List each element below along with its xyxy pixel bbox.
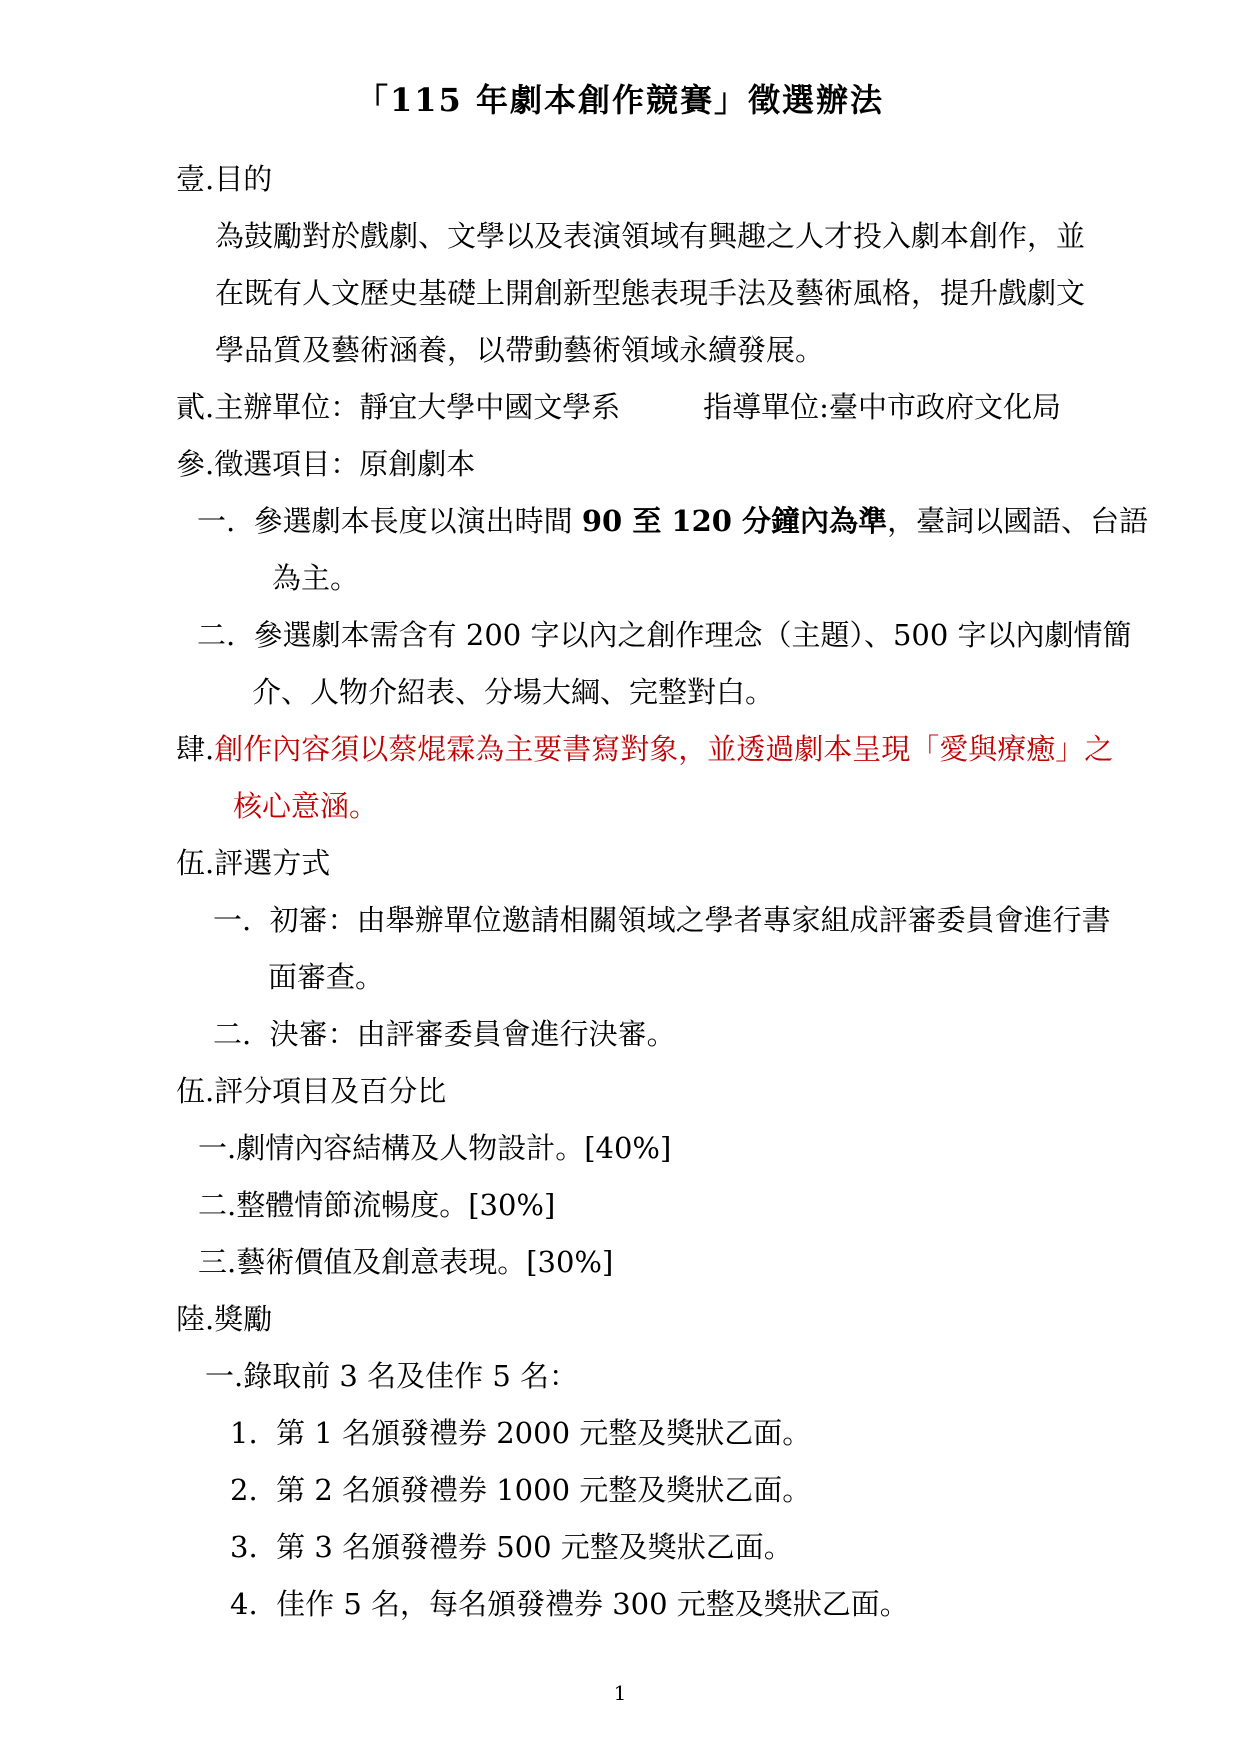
text-segment: 在既有人文歷史基礎上開創新型態表現手法及藝術風格，提升戲劇文 bbox=[215, 276, 1085, 310]
document-line: 一. 參選劇本長度以演出時間 90 至 120 分鐘內為準，臺詞以國語、台語 bbox=[197, 493, 1240, 550]
document-content: 「115 年劇本創作競賽」徵選辦法 壹.目的為鼓勵對於戲劇、文學以及表演領域有興… bbox=[0, 72, 1240, 1633]
text-segment: 一. 參選劇本長度以演出時間 bbox=[197, 504, 582, 538]
document-line: 三.藝術價值及創意表現。[30%] bbox=[198, 1234, 1240, 1291]
text-segment: 二. 決審：由評審委員會進行決審。 bbox=[213, 1017, 676, 1051]
document-line: 4. 佳作 5 名，每名頒發禮券 300 元整及獎狀乙面。 bbox=[230, 1576, 1240, 1633]
text-segment: 參.徵選項目：原創劇本 bbox=[176, 447, 475, 481]
text-segment: 貳.主辦單位：靜宜大學中國文學系 指導單位:臺中市政府文化局 bbox=[176, 390, 1061, 424]
document-line: 1. 第 1 名頒發禮券 2000 元整及獎狀乙面。 bbox=[230, 1405, 1240, 1462]
text-segment: 二. 參選劇本需含有 200 字以內之創作理念（主題）、500 字以內劇情簡 bbox=[197, 618, 1132, 652]
text-segment: 為主。 bbox=[272, 561, 359, 595]
text-segment: 1. 第 1 名頒發禮券 2000 元整及獎狀乙面。 bbox=[230, 1416, 811, 1450]
document-line: 為主。 bbox=[272, 550, 1240, 607]
text-segment: 學品質及藝術涵養，以帶動藝術領域永續發展。 bbox=[215, 333, 824, 367]
text-segment: 2. 第 2 名頒發禮券 1000 元整及獎狀乙面。 bbox=[230, 1473, 811, 1507]
document-line: 參.徵選項目：原創劇本 bbox=[176, 436, 1240, 493]
document-line: 貳.主辦單位：靜宜大學中國文學系 指導單位:臺中市政府文化局 bbox=[176, 379, 1240, 436]
document-line: 一.錄取前 3 名及佳作 5 名： bbox=[205, 1348, 1240, 1405]
document-line: 學品質及藝術涵養，以帶動藝術領域永續發展。 bbox=[215, 322, 1240, 379]
document-line: 伍.評分項目及百分比 bbox=[176, 1063, 1240, 1120]
document-line: 壹.目的 bbox=[176, 151, 1240, 208]
document-line: 核心意涵。 bbox=[233, 778, 1240, 835]
text-segment: 肆. bbox=[176, 732, 214, 766]
document-line: 肆.創作內容須以蔡焜霖為主要書寫對象，並透過劇本呈現「愛與療癒」之 bbox=[176, 721, 1240, 778]
text-segment: 3. 第 3 名頒發禮券 500 元整及獎狀乙面。 bbox=[230, 1530, 793, 1564]
emphasis-red-text: 創作內容須以蔡焜霖為主要書寫對象，並透過劇本呈現「愛與療癒」之 bbox=[214, 732, 1113, 766]
document-line: 面審查。 bbox=[268, 949, 1240, 1006]
document-body: 壹.目的為鼓勵對於戲劇、文學以及表演領域有興趣之人才投入劇本創作，並在既有人文歷… bbox=[0, 151, 1240, 1633]
text-segment: 一. 初審：由舉辦單位邀請相關領域之學者專家組成評審委員會進行書 bbox=[213, 903, 1111, 937]
text-segment: 一.劇情內容結構及人物設計。[40%] bbox=[198, 1131, 671, 1165]
document-line: 伍.評選方式 bbox=[176, 835, 1240, 892]
page-number: 1 bbox=[0, 1678, 1240, 1708]
document-line: 3. 第 3 名頒發禮券 500 元整及獎狀乙面。 bbox=[230, 1519, 1240, 1576]
document-line: 一. 初審：由舉辦單位邀請相關領域之學者專家組成評審委員會進行書 bbox=[213, 892, 1240, 949]
text-segment: 介、人物介紹表、分場大綱、完整對白。 bbox=[252, 675, 774, 709]
text-segment: 壹.目的 bbox=[176, 162, 272, 196]
bold-text: 90 至 120 分鐘內為準 bbox=[582, 504, 887, 538]
text-segment: ，臺詞以國語、台語 bbox=[887, 504, 1148, 538]
document-title: 「115 年劇本創作競賽」徵選辦法 bbox=[0, 72, 1240, 129]
text-segment: 面審查。 bbox=[268, 960, 384, 994]
document-page: 「115 年劇本創作競賽」徵選辦法 壹.目的為鼓勵對於戲劇、文學以及表演領域有興… bbox=[0, 0, 1240, 1755]
document-line: 2. 第 2 名頒發禮券 1000 元整及獎狀乙面。 bbox=[230, 1462, 1240, 1519]
document-line: 二.整體情節流暢度。[30%] bbox=[198, 1177, 1240, 1234]
text-segment: 二.整體情節流暢度。[30%] bbox=[198, 1188, 555, 1222]
document-line: 二. 參選劇本需含有 200 字以內之創作理念（主題）、500 字以內劇情簡 bbox=[197, 607, 1240, 664]
text-segment: 一.錄取前 3 名及佳作 5 名： bbox=[205, 1359, 578, 1393]
text-segment: 伍.評選方式 bbox=[176, 846, 330, 880]
document-line: 在既有人文歷史基礎上開創新型態表現手法及藝術風格，提升戲劇文 bbox=[215, 265, 1240, 322]
text-segment: 4. 佳作 5 名，每名頒發禮券 300 元整及獎狀乙面。 bbox=[230, 1587, 909, 1621]
document-line: 一.劇情內容結構及人物設計。[40%] bbox=[198, 1120, 1240, 1177]
document-line: 為鼓勵對於戲劇、文學以及表演領域有興趣之人才投入劇本創作，並 bbox=[215, 208, 1240, 265]
document-line: 陸.獎勵 bbox=[176, 1291, 1240, 1348]
text-segment: 陸.獎勵 bbox=[176, 1302, 272, 1336]
text-segment: 三.藝術價值及創意表現。[30%] bbox=[198, 1245, 613, 1279]
emphasis-red-text: 核心意涵。 bbox=[233, 789, 378, 823]
text-segment: 為鼓勵對於戲劇、文學以及表演領域有興趣之人才投入劇本創作，並 bbox=[215, 219, 1085, 253]
text-segment: 伍.評分項目及百分比 bbox=[176, 1074, 446, 1108]
document-line: 介、人物介紹表、分場大綱、完整對白。 bbox=[252, 664, 1240, 721]
document-line: 二. 決審：由評審委員會進行決審。 bbox=[213, 1006, 1240, 1063]
